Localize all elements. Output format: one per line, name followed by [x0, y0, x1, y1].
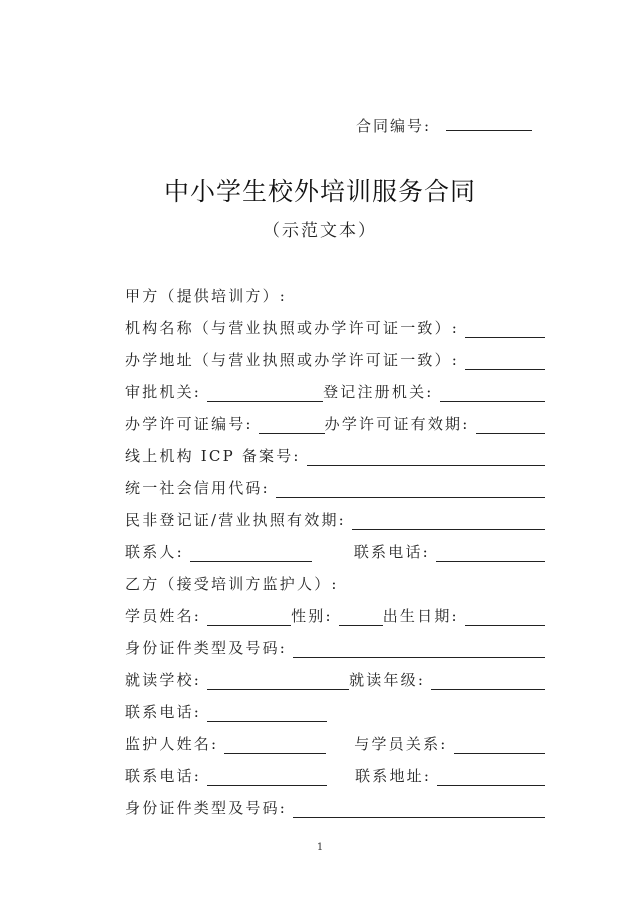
party-a-heading: 甲方（提供培训方）:	[125, 285, 287, 306]
credit-code-row: 统一社会信用代码:	[125, 476, 545, 498]
contact-person-label: 联系人:	[125, 541, 184, 562]
credit-code-label: 统一社会信用代码:	[125, 477, 270, 498]
contact-phone-field[interactable]	[436, 545, 545, 562]
student-phone-field[interactable]	[207, 705, 327, 722]
student-id-row: 身份证件类型及号码:	[125, 636, 545, 658]
registration-validity-label: 民非登记证/营业执照有效期:	[125, 509, 346, 530]
guardian-phone-field[interactable]	[207, 769, 327, 786]
contact-person-field[interactable]	[190, 545, 312, 562]
party-a-heading-row: 甲方（提供培训方）:	[125, 284, 545, 306]
org-name-row: 机构名称（与营业执照或办学许可证一致）:	[125, 316, 545, 338]
student-id-label: 身份证件类型及号码:	[125, 637, 287, 658]
registration-authority-field[interactable]	[440, 385, 545, 402]
school-field[interactable]	[207, 673, 349, 690]
guardian-id-row: 身份证件类型及号码:	[125, 796, 545, 818]
approval-authority-field[interactable]	[207, 385, 323, 402]
relation-label: 与学员关系:	[354, 733, 447, 754]
guardian-id-field[interactable]	[293, 801, 545, 818]
registration-authority-label: 登记注册机关:	[323, 381, 433, 402]
guardian-name-field[interactable]	[224, 737, 326, 754]
guardian-row: 监护人姓名: 与学员关系:	[125, 732, 545, 754]
credit-code-field[interactable]	[276, 481, 545, 498]
license-row: 办学许可证编号: 办学许可证有效期:	[125, 412, 545, 434]
student-phone-row: 联系电话:	[125, 700, 545, 722]
party-b-heading: 乙方（接受培训方监护人）:	[125, 573, 339, 594]
document-subtitle: （示范文本）	[0, 216, 640, 241]
student-name-field[interactable]	[207, 609, 291, 626]
contract-number-label: 合同编号:	[356, 117, 431, 135]
address-field[interactable]	[465, 353, 545, 370]
org-name-label: 机构名称（与营业执照或办学许可证一致）:	[125, 317, 459, 338]
registration-validity-field[interactable]	[352, 513, 545, 530]
guardian-phone-label: 联系电话:	[125, 765, 201, 786]
contract-page: 合同编号: 中小学生校外培训服务合同 （示范文本） 甲方（提供培训方）: 机构名…	[0, 0, 640, 905]
school-label: 就读学校:	[125, 669, 201, 690]
guardian-name-label: 监护人姓名:	[125, 733, 218, 754]
birth-date-field[interactable]	[465, 609, 545, 626]
address-row: 办学地址（与营业执照或办学许可证一致）:	[125, 348, 545, 370]
address-label: 办学地址（与营业执照或办学许可证一致）:	[125, 349, 459, 370]
registration-validity-row: 民非登记证/营业执照有效期:	[125, 508, 545, 530]
contact-phone-label: 联系电话:	[354, 541, 430, 562]
approval-authority-label: 审批机关:	[125, 381, 201, 402]
school-row: 就读学校: 就读年级:	[125, 668, 545, 690]
guardian-address-label: 联系地址:	[355, 765, 431, 786]
license-number-label: 办学许可证编号:	[125, 413, 253, 434]
guardian-id-label: 身份证件类型及号码:	[125, 797, 287, 818]
icp-label: 线上机构 ICP 备案号:	[125, 445, 301, 466]
student-name-label: 学员姓名:	[125, 605, 201, 626]
party-a-contact-row: 联系人: 联系电话:	[125, 540, 545, 562]
license-validity-field[interactable]	[476, 417, 545, 434]
party-b-heading-row: 乙方（接受培训方监护人）:	[125, 572, 545, 594]
gender-field[interactable]	[339, 609, 383, 626]
icp-field[interactable]	[307, 449, 545, 466]
student-phone-label: 联系电话:	[125, 701, 201, 722]
authority-row: 审批机关: 登记注册机关:	[125, 380, 545, 402]
relation-field[interactable]	[454, 737, 545, 754]
birth-date-label: 出生日期:	[383, 605, 459, 626]
guardian-contact-row: 联系电话: 联系地址:	[125, 764, 545, 786]
document-title: 中小学生校外培训服务合同	[0, 172, 640, 208]
page-number: 1	[0, 842, 640, 853]
contract-number-field[interactable]	[446, 116, 532, 131]
contract-number: 合同编号:	[356, 115, 532, 136]
student-info-row: 学员姓名: 性别: 出生日期:	[125, 604, 545, 626]
grade-field[interactable]	[431, 673, 545, 690]
license-validity-label: 办学许可证有效期:	[325, 413, 470, 434]
guardian-address-field[interactable]	[437, 769, 545, 786]
license-number-field[interactable]	[259, 417, 325, 434]
org-name-field[interactable]	[465, 321, 545, 338]
grade-label: 就读年级:	[349, 669, 425, 690]
gender-label: 性别:	[291, 605, 333, 626]
student-id-field[interactable]	[293, 641, 545, 658]
icp-row: 线上机构 ICP 备案号:	[125, 444, 545, 466]
